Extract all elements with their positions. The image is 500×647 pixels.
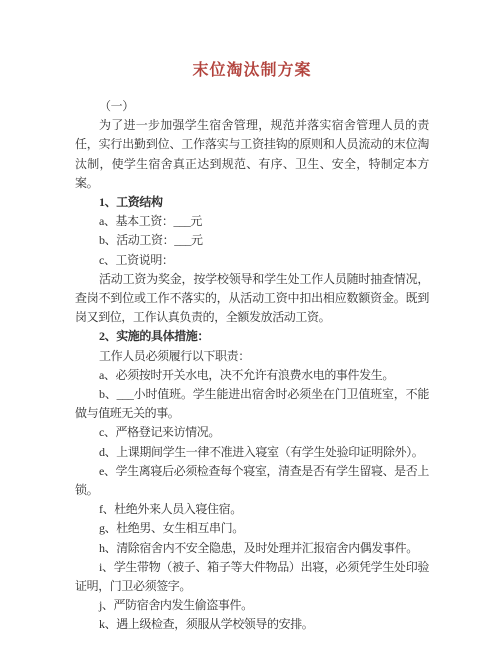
section2-heading: 2、实施的具体措施： bbox=[75, 327, 429, 346]
document-content: 末位淘汰制方案 （一） 为了进一步加强学生宿舍管理，规范并落实宿舍管理人员的责任… bbox=[75, 57, 429, 635]
section2-item-d: d、上课期间学生一律不准进入寝室（有学生处验印证明除外）。 bbox=[75, 443, 429, 462]
section1-item-a: a、基本工资：___元 bbox=[75, 212, 429, 231]
section1-item-b: b、活动工资：___元 bbox=[75, 231, 429, 250]
section2-item-e: e、学生离寝后必须检查每个寝室，清查是否有学生留寝、是否上锁。 bbox=[75, 462, 429, 500]
section2-item-c: c、严格登记来访情况。 bbox=[75, 423, 429, 442]
section1-heading: 1、工资结构 bbox=[75, 193, 429, 212]
section1-item-c: c、工资说明： bbox=[75, 251, 429, 270]
section2-item-j: j、严防宿舍内发生偷盗事件。 bbox=[75, 596, 429, 615]
section2-item-b: b、___小时值班。学生能进出宿舍时必须坐在门卫值班室，不能做与值班无关的事。 bbox=[75, 385, 429, 423]
document-page: 末位淘汰制方案 （一） 为了进一步加强学生宿舍管理，规范并落实宿舍管理人员的责任… bbox=[0, 0, 500, 647]
section2-item-g: g、杜绝男、女生相互串门。 bbox=[75, 519, 429, 538]
section2-item-a: a、必须按时开关水电，决不允许有浪费水电的事件发生。 bbox=[75, 366, 429, 385]
section2-item-f: f、杜绝外来人员入寝住宿。 bbox=[75, 500, 429, 519]
page-title: 末位淘汰制方案 bbox=[75, 57, 429, 80]
section-mark: （一） bbox=[75, 97, 429, 116]
section1-note: 活动工资为奖金，按学校领导和学生处工作人员随时抽查情况，查岗不到位或工作不落实的… bbox=[75, 270, 429, 328]
section2-item-h: h、清除宿舍内不安全隐患，及时处理并汇报宿舍内偶发事件。 bbox=[75, 539, 429, 558]
section2-item-i: i、学生带物（被子、箱子等大件物品）出寝，必须凭学生处印验证明，门卫必须签字。 bbox=[75, 558, 429, 596]
section2-item-k: k、遇上级检查，须服从学校领导的安排。 bbox=[75, 615, 429, 634]
intro-paragraph: 为了进一步加强学生宿舍管理，规范并落实宿舍管理人员的责任，实行出勤到位、工作落实… bbox=[75, 116, 429, 193]
section2-lead: 工作人员必须履行以下职责： bbox=[75, 347, 429, 366]
